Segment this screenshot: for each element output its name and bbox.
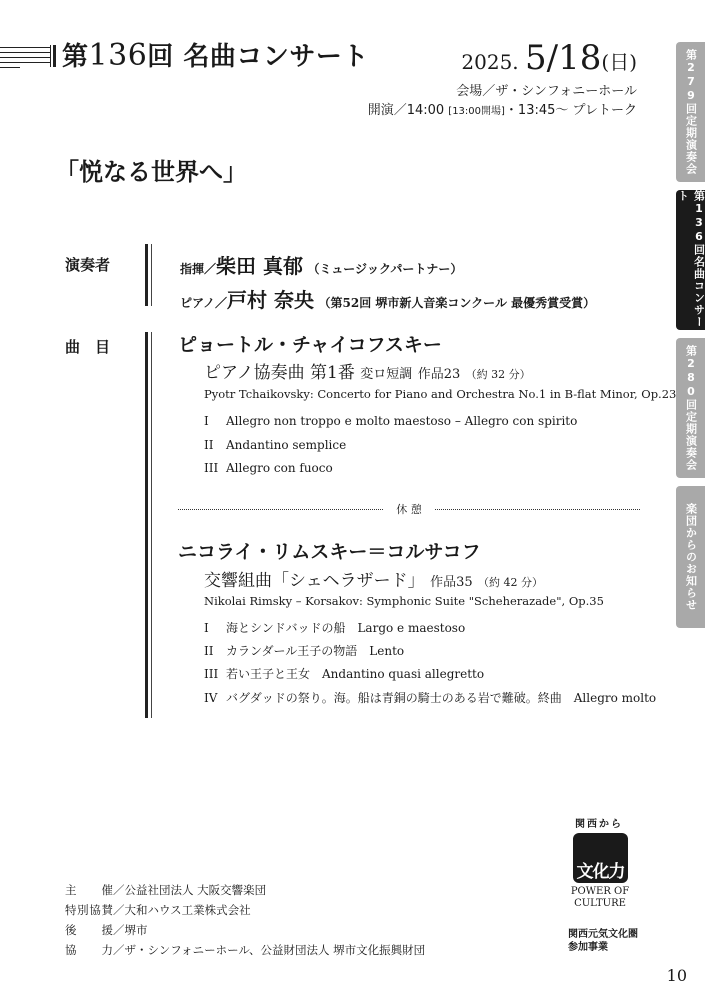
staff-ornament-icon: [0, 45, 55, 69]
tab-136th-meikyoku-concert[interactable]: 第136回名曲コンサート: [676, 190, 705, 330]
movement-text: Andantino semplice: [226, 438, 346, 452]
movement-text: Allegro non troppo e molto maestoso – Al…: [226, 414, 577, 428]
tab-orchestra-news[interactable]: 楽団からのお知らせ: [676, 486, 705, 628]
performers-label: 演奏者: [65, 254, 110, 275]
composer-rimsky-korsakov: ニコライ・リムスキー＝コルサコフ: [178, 537, 481, 564]
movement-numeral: III: [204, 667, 226, 681]
movement: IIAndantino semplice: [204, 438, 346, 452]
work-title-main: ピアノ協奏曲 第1番: [204, 363, 355, 383]
movement: III若い王子と王女 Andantino quasi allegretto: [204, 665, 484, 682]
credit-value: ／大和ハウス工業株式会社: [113, 903, 251, 917]
movement: IVバグダッドの祭り。海。船は青銅の騎士のある岩で難破。終曲 Allegro m…: [204, 689, 656, 706]
concert-date: 2025. 5/18(日): [461, 38, 637, 78]
work-title-main: 交響組曲「シェヘラザード」: [204, 571, 425, 591]
work-title-ja: 交響組曲「シェヘラザード」 作品35 （約 42 分）: [204, 566, 543, 591]
performer-conductor: 指揮／柴田 真郁 （ミュージックパートナー）: [180, 250, 462, 279]
work-duration: （約 42 分）: [478, 576, 543, 589]
credit-row: 協 力／ザ・シンフォニーホール、公益財団法人 堺市文化振興財団: [65, 940, 425, 960]
time-main: 開演／14:00: [368, 103, 444, 118]
logo-note-line: 関西元気文化圏: [568, 928, 638, 941]
performer-name: 戸村 奈央: [227, 288, 314, 312]
movement-text: カランダール王子の物語 Lento: [226, 644, 404, 658]
tab-280th-subscription-concert[interactable]: 第280回定期演奏会: [676, 338, 705, 478]
work-title-en: Nikolai Rimsky – Korsakov: Symphonic Sui…: [204, 594, 604, 608]
concert-theme: 「悦なる世界へ」: [55, 152, 247, 187]
credit-value: ／堺市: [113, 923, 148, 937]
tab-label: 楽団からのお知らせ: [683, 503, 699, 611]
composer-tchaikovsky: ピョートル・チャイコフスキー: [178, 330, 442, 357]
logo-note: 関西元気文化圏 参加事業: [568, 928, 638, 954]
work-opus: 作品35: [430, 575, 473, 590]
movement: I海とシンドバッドの船 Largo e maestoso: [204, 619, 465, 636]
venue: 会場／ザ・シンフォニーホール: [456, 80, 637, 99]
concert-name: 名曲コンサート: [183, 42, 369, 72]
intermission: 休 憩: [178, 501, 640, 517]
credit-key: 特別協賛: [65, 900, 113, 920]
work-title-en: Pyotr Tchaikovsky: Concerto for Piano an…: [204, 387, 676, 401]
concert-prefix: 第: [62, 42, 89, 72]
logo-english: POWER OF CULTURE: [566, 886, 634, 910]
logo-note-line: 参加事業: [568, 941, 638, 954]
logo-en-line: POWER OF: [566, 886, 634, 898]
work-key: 変ロ短調: [360, 367, 412, 382]
page-number: 10: [667, 966, 687, 985]
performers-divider: [145, 244, 153, 306]
concert-number: 136: [89, 38, 148, 73]
tab-label: 第280回定期演奏会: [683, 345, 699, 471]
date-weekday: (日): [601, 50, 637, 74]
movement: IIIAllegro con fuoco: [204, 461, 333, 475]
time-doors: [13:00開場]: [448, 106, 505, 117]
credit-key: 後 援: [65, 920, 113, 940]
credit-row: 特別協賛／大和ハウス工業株式会社: [65, 900, 425, 920]
tab-279th-subscription-concert[interactable]: 第279回定期演奏会: [676, 42, 705, 182]
movement-numeral: I: [204, 621, 226, 635]
work-title-ja: ピアノ協奏曲 第1番 変ロ短調 作品23 （約 32 分）: [204, 358, 531, 383]
performer-note: （第52回 堺市新人音楽コンクール 最優秀賞受賞）: [319, 296, 596, 310]
tab-label: 第136回名曲コンサート: [675, 190, 705, 330]
tab-label: 第279回定期演奏会: [683, 49, 699, 175]
movement-numeral: II: [204, 644, 226, 658]
date-month-day: 5/18: [525, 38, 601, 78]
performer-role: ピアノ／: [180, 296, 227, 310]
logo-caption: 関西から: [575, 815, 623, 830]
movement: IAllegro non troppo e molto maestoso – A…: [204, 414, 577, 428]
start-time: 開演／14:00 [13:00開場]・13:45〜 プレトーク: [368, 99, 637, 118]
work-duration: （約 32 分）: [466, 368, 531, 381]
dotted-rule: [178, 509, 383, 510]
movement-numeral: III: [204, 461, 226, 475]
performer-piano: ピアノ／戸村 奈央 （第52回 堺市新人音楽コンクール 最優秀賞受賞）: [180, 284, 595, 313]
credit-row: 主 催／公益社団法人 大阪交響楽団: [65, 880, 425, 900]
movement-numeral: IV: [204, 691, 226, 705]
credit-key: 協 力: [65, 940, 113, 960]
movement: IIカランダール王子の物語 Lento: [204, 642, 404, 659]
performer-note: （ミュージックパートナー）: [308, 262, 463, 276]
program-divider: [145, 332, 153, 718]
movement-numeral: I: [204, 414, 226, 428]
date-year: 2025.: [461, 50, 518, 74]
logo-en-line: CULTURE: [566, 898, 634, 910]
program-label: 曲 目: [65, 336, 110, 357]
concert-title: 第136回 名曲コンサート: [62, 36, 369, 73]
performer-role: 指揮／: [180, 262, 216, 276]
time-pretalk: ・13:45〜 プレトーク: [505, 103, 637, 118]
performer-name: 柴田 真郁: [216, 254, 303, 278]
intermission-label: 休 憩: [388, 501, 430, 517]
credit-value: ／公益社団法人 大阪交響楽団: [113, 883, 266, 897]
movement-text: 海とシンドバッドの船 Largo e maestoso: [226, 621, 465, 635]
credit-value: ／ザ・シンフォニーホール、公益財団法人 堺市文化振興財団: [113, 943, 425, 957]
credits: 主 催／公益社団法人 大阪交響楽団 特別協賛／大和ハウス工業株式会社 後 援／堺…: [65, 880, 425, 960]
logo-mark: 文化力: [573, 857, 628, 882]
movement-text: 若い王子と王女 Andantino quasi allegretto: [226, 667, 484, 681]
credit-key: 主 催: [65, 880, 113, 900]
credit-row: 後 援／堺市: [65, 920, 425, 940]
movement-text: Allegro con fuoco: [226, 461, 333, 475]
movement-text: バグダッドの祭り。海。船は青銅の騎士のある岩で難破。終曲 Allegro mol…: [226, 691, 656, 705]
work-opus: 作品23: [418, 367, 461, 382]
dotted-rule: [435, 509, 640, 510]
movement-numeral: II: [204, 438, 226, 452]
concert-suffix: 回: [147, 42, 174, 72]
